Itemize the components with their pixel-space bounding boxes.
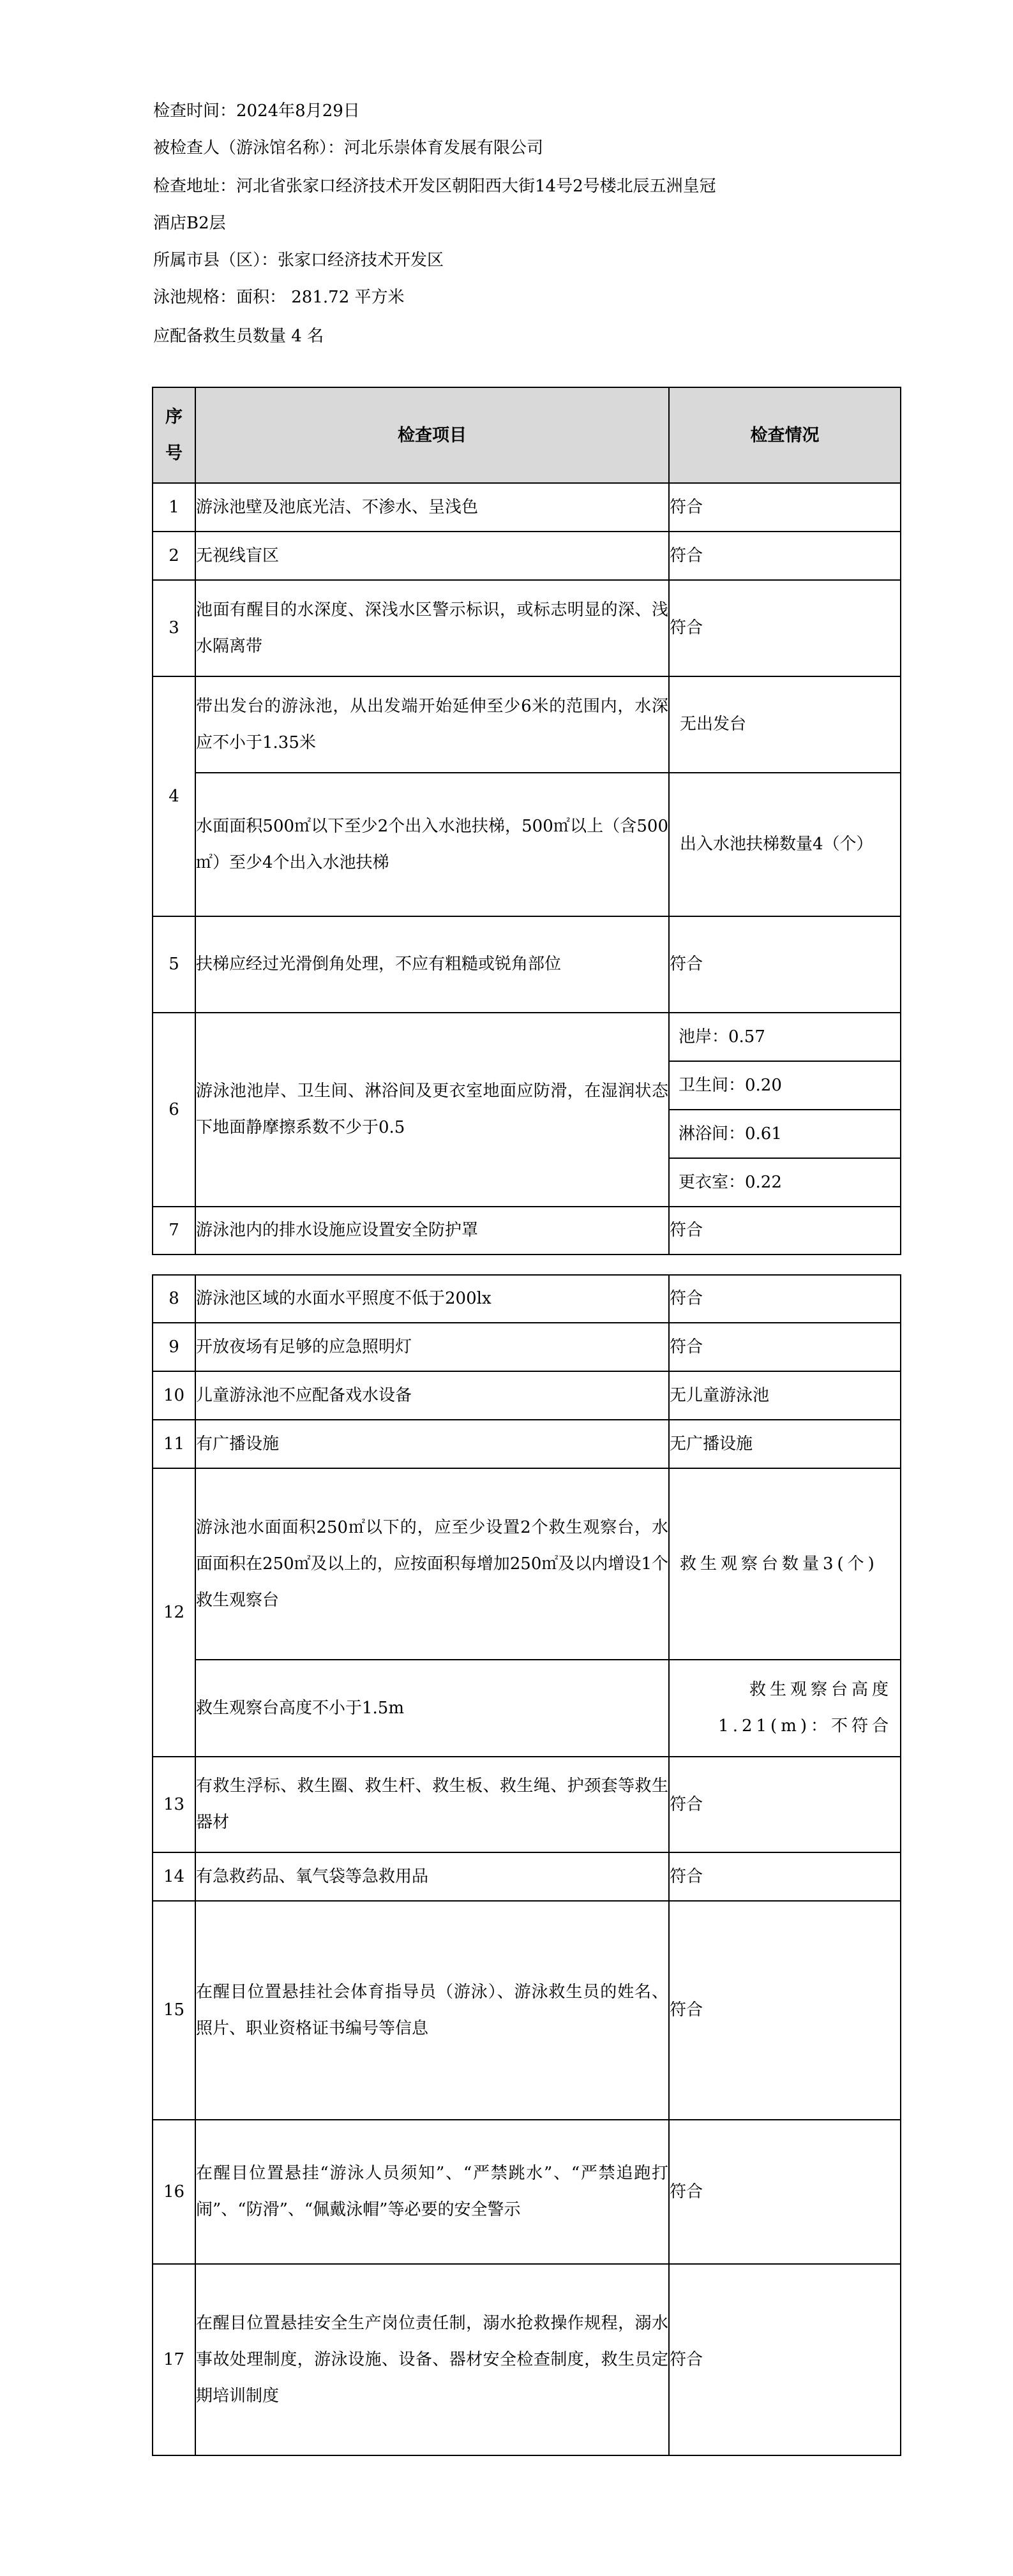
table-row: 1 游泳池壁及池底光洁、不渗水、呈浅色 符合 xyxy=(153,483,901,532)
row-item: 游泳池壁及池底光洁、不渗水、呈浅色 xyxy=(195,483,669,532)
row-no: 1 xyxy=(153,483,195,532)
inspection-address: 检查地址：河北省张家口经济技术开发区朝阳西大街14号2号楼北辰五洲皇冠 xyxy=(153,176,716,197)
result-pool-deck: 池岸：0.57 xyxy=(669,1013,901,1061)
row-item: 池面有醒目的水深度、深浅水区警示标识，或标志明显的深、浅水隔离带 xyxy=(195,580,669,676)
row-item: 开放夜场有足够的应急照明灯 xyxy=(195,1323,669,1371)
row-item: 救生观察台高度不小于1.5m xyxy=(195,1660,669,1757)
row-no: 4 xyxy=(153,676,195,916)
inspection-table-part2: 8 游泳池区域的水面水平照度不低于200lx 符合 9 开放夜场有足够的应急照明… xyxy=(152,1274,901,2456)
table-row: 12 游泳池水面面积250㎡以下的，应至少设置2个救生观察台，水面面积在250㎡… xyxy=(153,1468,901,1660)
table-row: 4 带出发台的游泳池，从出发端开始延伸至少6米的范围内，水深应不小于1.35米 … xyxy=(153,676,901,773)
row-item: 带出发台的游泳池，从出发端开始延伸至少6米的范围内，水深应不小于1.35米 xyxy=(195,676,669,773)
row-item: 在醒目位置悬挂社会体育指导员（游泳）、游泳救生员的姓名、照片、职业资格证书编号等… xyxy=(195,1901,669,2120)
row-no: 7 xyxy=(153,1207,195,1254)
row-item: 在醒目位置悬挂“游泳人员须知”、“严禁跳水”、“严禁追跑打闹”、“防滑”、“佩戴… xyxy=(195,2120,669,2264)
row-item: 有广播设施 xyxy=(195,1420,669,1468)
row-no: 17 xyxy=(153,2264,195,2455)
table-row: 7 游泳池内的排水设施应设置安全防护罩 符合 xyxy=(153,1207,901,1254)
row-item: 游泳池池岸、卫生间、淋浴间及更衣室地面应防滑，在湿润状态下地面静摩擦系数不少于0… xyxy=(195,1013,669,1207)
row-result: 符合 xyxy=(669,1275,901,1323)
row-item: 游泳池水面面积250㎡以下的，应至少设置2个救生观察台，水面面积在250㎡及以上… xyxy=(195,1468,669,1660)
row-no: 9 xyxy=(153,1323,195,1371)
row-no: 12 xyxy=(153,1468,195,1757)
inspection-time: 检查时间：2024年8月29日 xyxy=(153,101,360,121)
row-no: 11 xyxy=(153,1420,195,1468)
row-result: 符合 xyxy=(669,580,901,676)
row-result: 符合 xyxy=(669,2264,901,2455)
table-row: 14 有急救药品、氧气袋等急救用品 符合 xyxy=(153,1852,901,1901)
row-result-noncompliant: 救生观察台高度1.21(m)：不符合 xyxy=(669,1660,901,1757)
row-no: 8 xyxy=(153,1275,195,1323)
row-no: 14 xyxy=(153,1852,195,1901)
table-subrow: 救生观察台高度不小于1.5m 救生观察台高度1.21(m)：不符合 xyxy=(153,1660,901,1757)
row-item: 水面面积500㎡以下至少2个出入水池扶梯，500㎡以上（含500㎡）至少4个出入… xyxy=(195,773,669,916)
header-result: 检查情况 xyxy=(669,387,901,483)
table-row: 11 有广播设施 无广播设施 xyxy=(153,1420,901,1468)
table-row: 6 游泳池池岸、卫生间、淋浴间及更衣室地面应防滑，在湿润状态下地面静摩擦系数不少… xyxy=(153,1013,901,1061)
pool-spec: 泳池规格：面积： 281.72 平方米 xyxy=(153,287,405,308)
table-row: 16 在醒目位置悬挂“游泳人员须知”、“严禁跳水”、“严禁追跑打闹”、“防滑”、… xyxy=(153,2120,901,2264)
row-result: 符合 xyxy=(669,1207,901,1254)
table-row: 9 开放夜场有足够的应急照明灯 符合 xyxy=(153,1323,901,1371)
row-result: 符合 xyxy=(669,1757,901,1852)
table-header-row: 序 号 检查项目 检查情况 xyxy=(153,387,901,483)
district: 所属市县（区）：张家口经济技术开发区 xyxy=(153,250,444,271)
table-row: 8 游泳池区域的水面水平照度不低于200lx 符合 xyxy=(153,1275,901,1323)
lifeguard-count: 应配备救生员数量 4 名 xyxy=(153,326,324,346)
row-item: 有救生浮标、救生圈、救生杆、救生板、救生绳、护颈套等救生器材 xyxy=(195,1757,669,1852)
row-item: 在醒目位置悬挂安全生产岗位责任制，溺水抢救操作规程，溺水事故处理制度，游泳设施、… xyxy=(195,2264,669,2455)
header-no: 序 号 xyxy=(153,387,195,483)
inspection-address-cont: 酒店B2层 xyxy=(153,213,226,234)
row-item: 扶梯应经过光滑倒角处理，不应有粗糙或锐角部位 xyxy=(195,916,669,1013)
row-no: 5 xyxy=(153,916,195,1013)
row-result: 救生观察台数量3(个) xyxy=(669,1468,901,1660)
row-result: 出入水池扶梯数量4（个） xyxy=(669,773,901,916)
row-no: 10 xyxy=(153,1371,195,1420)
row-result: 符合 xyxy=(669,532,901,580)
inspection-table-part1: 序 号 检查项目 检查情况 1 游泳池壁及池底光洁、不渗水、呈浅色 符合 2 无… xyxy=(152,387,901,1255)
row-result: 符合 xyxy=(669,1852,901,1901)
result-shower-room: 淋浴间：0.61 xyxy=(669,1110,901,1158)
table-row: 17 在醒目位置悬挂安全生产岗位责任制，溺水抢救操作规程，溺水事故处理制度，游泳… xyxy=(153,2264,901,2455)
row-no: 3 xyxy=(153,580,195,676)
row-no: 16 xyxy=(153,2120,195,2264)
table-row: 3 池面有醒目的水深度、深浅水区警示标识，或标志明显的深、浅水隔离带 符合 xyxy=(153,580,901,676)
row-item: 游泳池区域的水面水平照度不低于200lx xyxy=(195,1275,669,1323)
row-result: 符合 xyxy=(669,916,901,1013)
row-no: 13 xyxy=(153,1757,195,1852)
row-result: 无出发台 xyxy=(669,676,901,773)
row-result: 符合 xyxy=(669,1323,901,1371)
row-result: 无广播设施 xyxy=(669,1420,901,1468)
row-result: 无儿童游泳池 xyxy=(669,1371,901,1420)
row-result: 符合 xyxy=(669,483,901,532)
row-no: 6 xyxy=(153,1013,195,1207)
header-item: 检查项目 xyxy=(195,387,669,483)
row-item: 游泳池内的排水设施应设置安全防护罩 xyxy=(195,1207,669,1254)
table-row: 13 有救生浮标、救生圈、救生杆、救生板、救生绳、护颈套等救生器材 符合 xyxy=(153,1757,901,1852)
inspectee-name: 被检查人（游泳馆名称）：河北乐崇体育发展有限公司 xyxy=(153,138,543,158)
row-item: 有急救药品、氧气袋等急救用品 xyxy=(195,1852,669,1901)
row-no: 15 xyxy=(153,1901,195,2120)
table-row: 10 儿童游泳池不应配备戏水设备 无儿童游泳池 xyxy=(153,1371,901,1420)
row-item: 无视线盲区 xyxy=(195,532,669,580)
result-locker-room: 更衣室：0.22 xyxy=(669,1158,901,1207)
row-result: 符合 xyxy=(669,2120,901,2264)
result-restroom: 卫生间：0.20 xyxy=(669,1061,901,1110)
row-result: 符合 xyxy=(669,1901,901,2120)
table-subrow: 水面面积500㎡以下至少2个出入水池扶梯，500㎡以上（含500㎡）至少4个出入… xyxy=(153,773,901,916)
table-row: 15 在醒目位置悬挂社会体育指导员（游泳）、游泳救生员的姓名、照片、职业资格证书… xyxy=(153,1901,901,2120)
table-row: 2 无视线盲区 符合 xyxy=(153,532,901,580)
table-row: 5 扶梯应经过光滑倒角处理，不应有粗糙或锐角部位 符合 xyxy=(153,916,901,1013)
row-no: 2 xyxy=(153,532,195,580)
row-item: 儿童游泳池不应配备戏水设备 xyxy=(195,1371,669,1420)
